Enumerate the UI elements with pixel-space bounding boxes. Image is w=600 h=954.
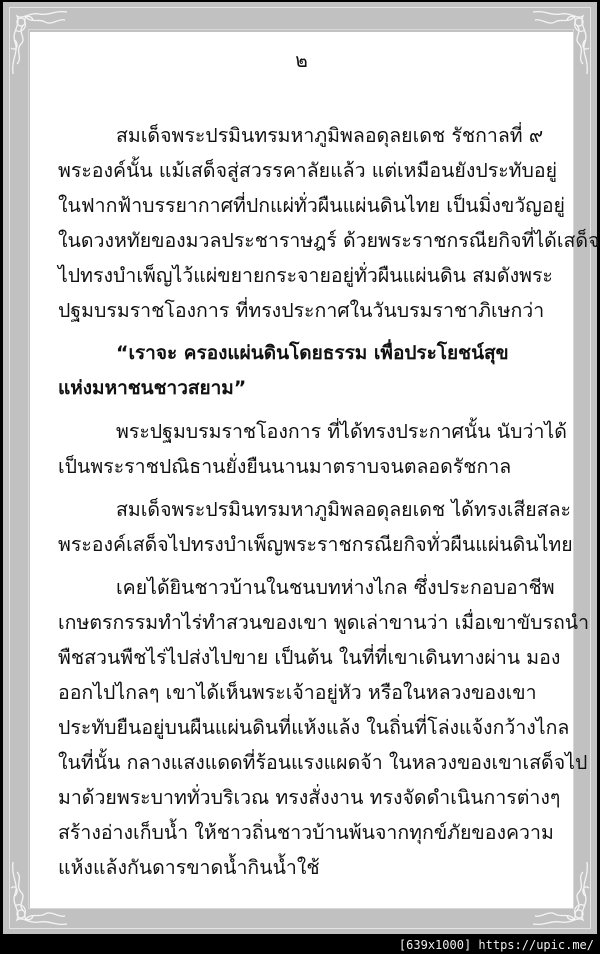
text-line: สมเด็จพระปรมินทรมหาภูมิพลอดุลยเดช รัชกาล… <box>58 118 563 153</box>
paragraph-4: สมเด็จพระปรมินทรมหาภูมิพลอดุลยเดช ได้ทรง… <box>58 492 563 562</box>
text-line: พระปฐมบรมราชโองการ ที่ได้ทรงประกาศนั้น น… <box>58 414 563 449</box>
text-line: ปฐมบรมราชโองการ ที่ทรงประกาศในวันบรมราชา… <box>58 293 563 328</box>
quote-line: แห่งมหาชนชาวสยาม” <box>58 371 563 406</box>
text-line: เป็นพระราชปณิธานยั่งยืนนานมาตราบจนตลอดรั… <box>58 449 563 484</box>
text-line: เกษตรกรรมทำไร่ทำสวนของเขา พูดเล่าขานว่า … <box>58 605 563 640</box>
text-line: สมเด็จพระปรมินทรมหาภูมิพลอดุลยเดช ได้ทรง… <box>58 492 563 527</box>
paragraph-1: สมเด็จพระปรมินทรมหาภูมิพลอดุลยเดช รัชกาล… <box>58 118 563 328</box>
royal-proclamation-quote: “เราจะ ครองแผ่นดินโดยธรรม เพื่อประโยชน์ส… <box>58 336 563 406</box>
text-line: ในฟากฟ้าบรรยากาศที่ปกแผ่ทั่วผืนแผ่นดินไท… <box>58 188 563 223</box>
document-page: ๒ สมเด็จพระปรมินทรมหาภูมิพลอดุลยเดช รัชก… <box>30 32 573 908</box>
image-host-watermark: [639x1000] https://upic.me/ <box>399 938 594 952</box>
text-line: เคยได้ยินชาวบ้านในชนบทห่างไกล ซึ่งประกอบ… <box>58 570 563 605</box>
paragraph-3: พระปฐมบรมราชโองการ ที่ได้ทรงประกาศนั้น น… <box>58 414 563 484</box>
document-body: สมเด็จพระปรมินทรมหาภูมิพลอดุลยเดช รัชกาล… <box>58 118 563 885</box>
text-line: พระองค์เสด็จไปทรงบำเพ็ญพระราชกรณียกิจทั่… <box>58 527 563 562</box>
text-line: พระองค์นั้น แม้เสด็จสู่สวรรคาลัยแล้ว แต่… <box>58 153 563 188</box>
text-line: ในดวงหทัยของมวลประชาราษฎร์ ด้วยพระราชกรณ… <box>58 223 563 258</box>
page-number: ๒ <box>30 46 573 76</box>
text-line: พืชสวนพืชไร่ไปส่งไปขาย เป็นต้น ในที่ที่เ… <box>58 640 563 675</box>
text-line: ในที่นั้น กลางแสงแดดที่ร้อนแรงแผดจ้า ในห… <box>58 745 563 780</box>
text-line: ออกไปไกลๆ เขาได้เห็นพระเจ้าอยู่หัว หรือใ… <box>58 675 563 710</box>
paragraph-5: เคยได้ยินชาวบ้านในชนบทห่างไกล ซึ่งประกอบ… <box>58 570 563 885</box>
quote-line: “เราจะ ครองแผ่นดินโดยธรรม เพื่อประโยชน์ส… <box>58 336 563 371</box>
text-line: ประทับยืนอยู่บนผืนแผ่นดินที่แห้งแล้ง ในถ… <box>58 710 563 745</box>
text-line: มาด้วยพระบาททั่วบริเวณ ทรงสั่งงาน ทรงจัด… <box>58 780 563 815</box>
text-line: ไปทรงบำเพ็ญไว้แผ่ขยายกระจายอยู่ทั่วผืนแผ… <box>58 258 563 293</box>
text-line: สร้างอ่างเก็บน้ำ ให้ชาวถิ่นชาวบ้านพ้นจาก… <box>58 815 563 850</box>
text-line: แห้งแล้งกันดารขาดน้ำกินน้ำใช้ <box>58 850 563 885</box>
